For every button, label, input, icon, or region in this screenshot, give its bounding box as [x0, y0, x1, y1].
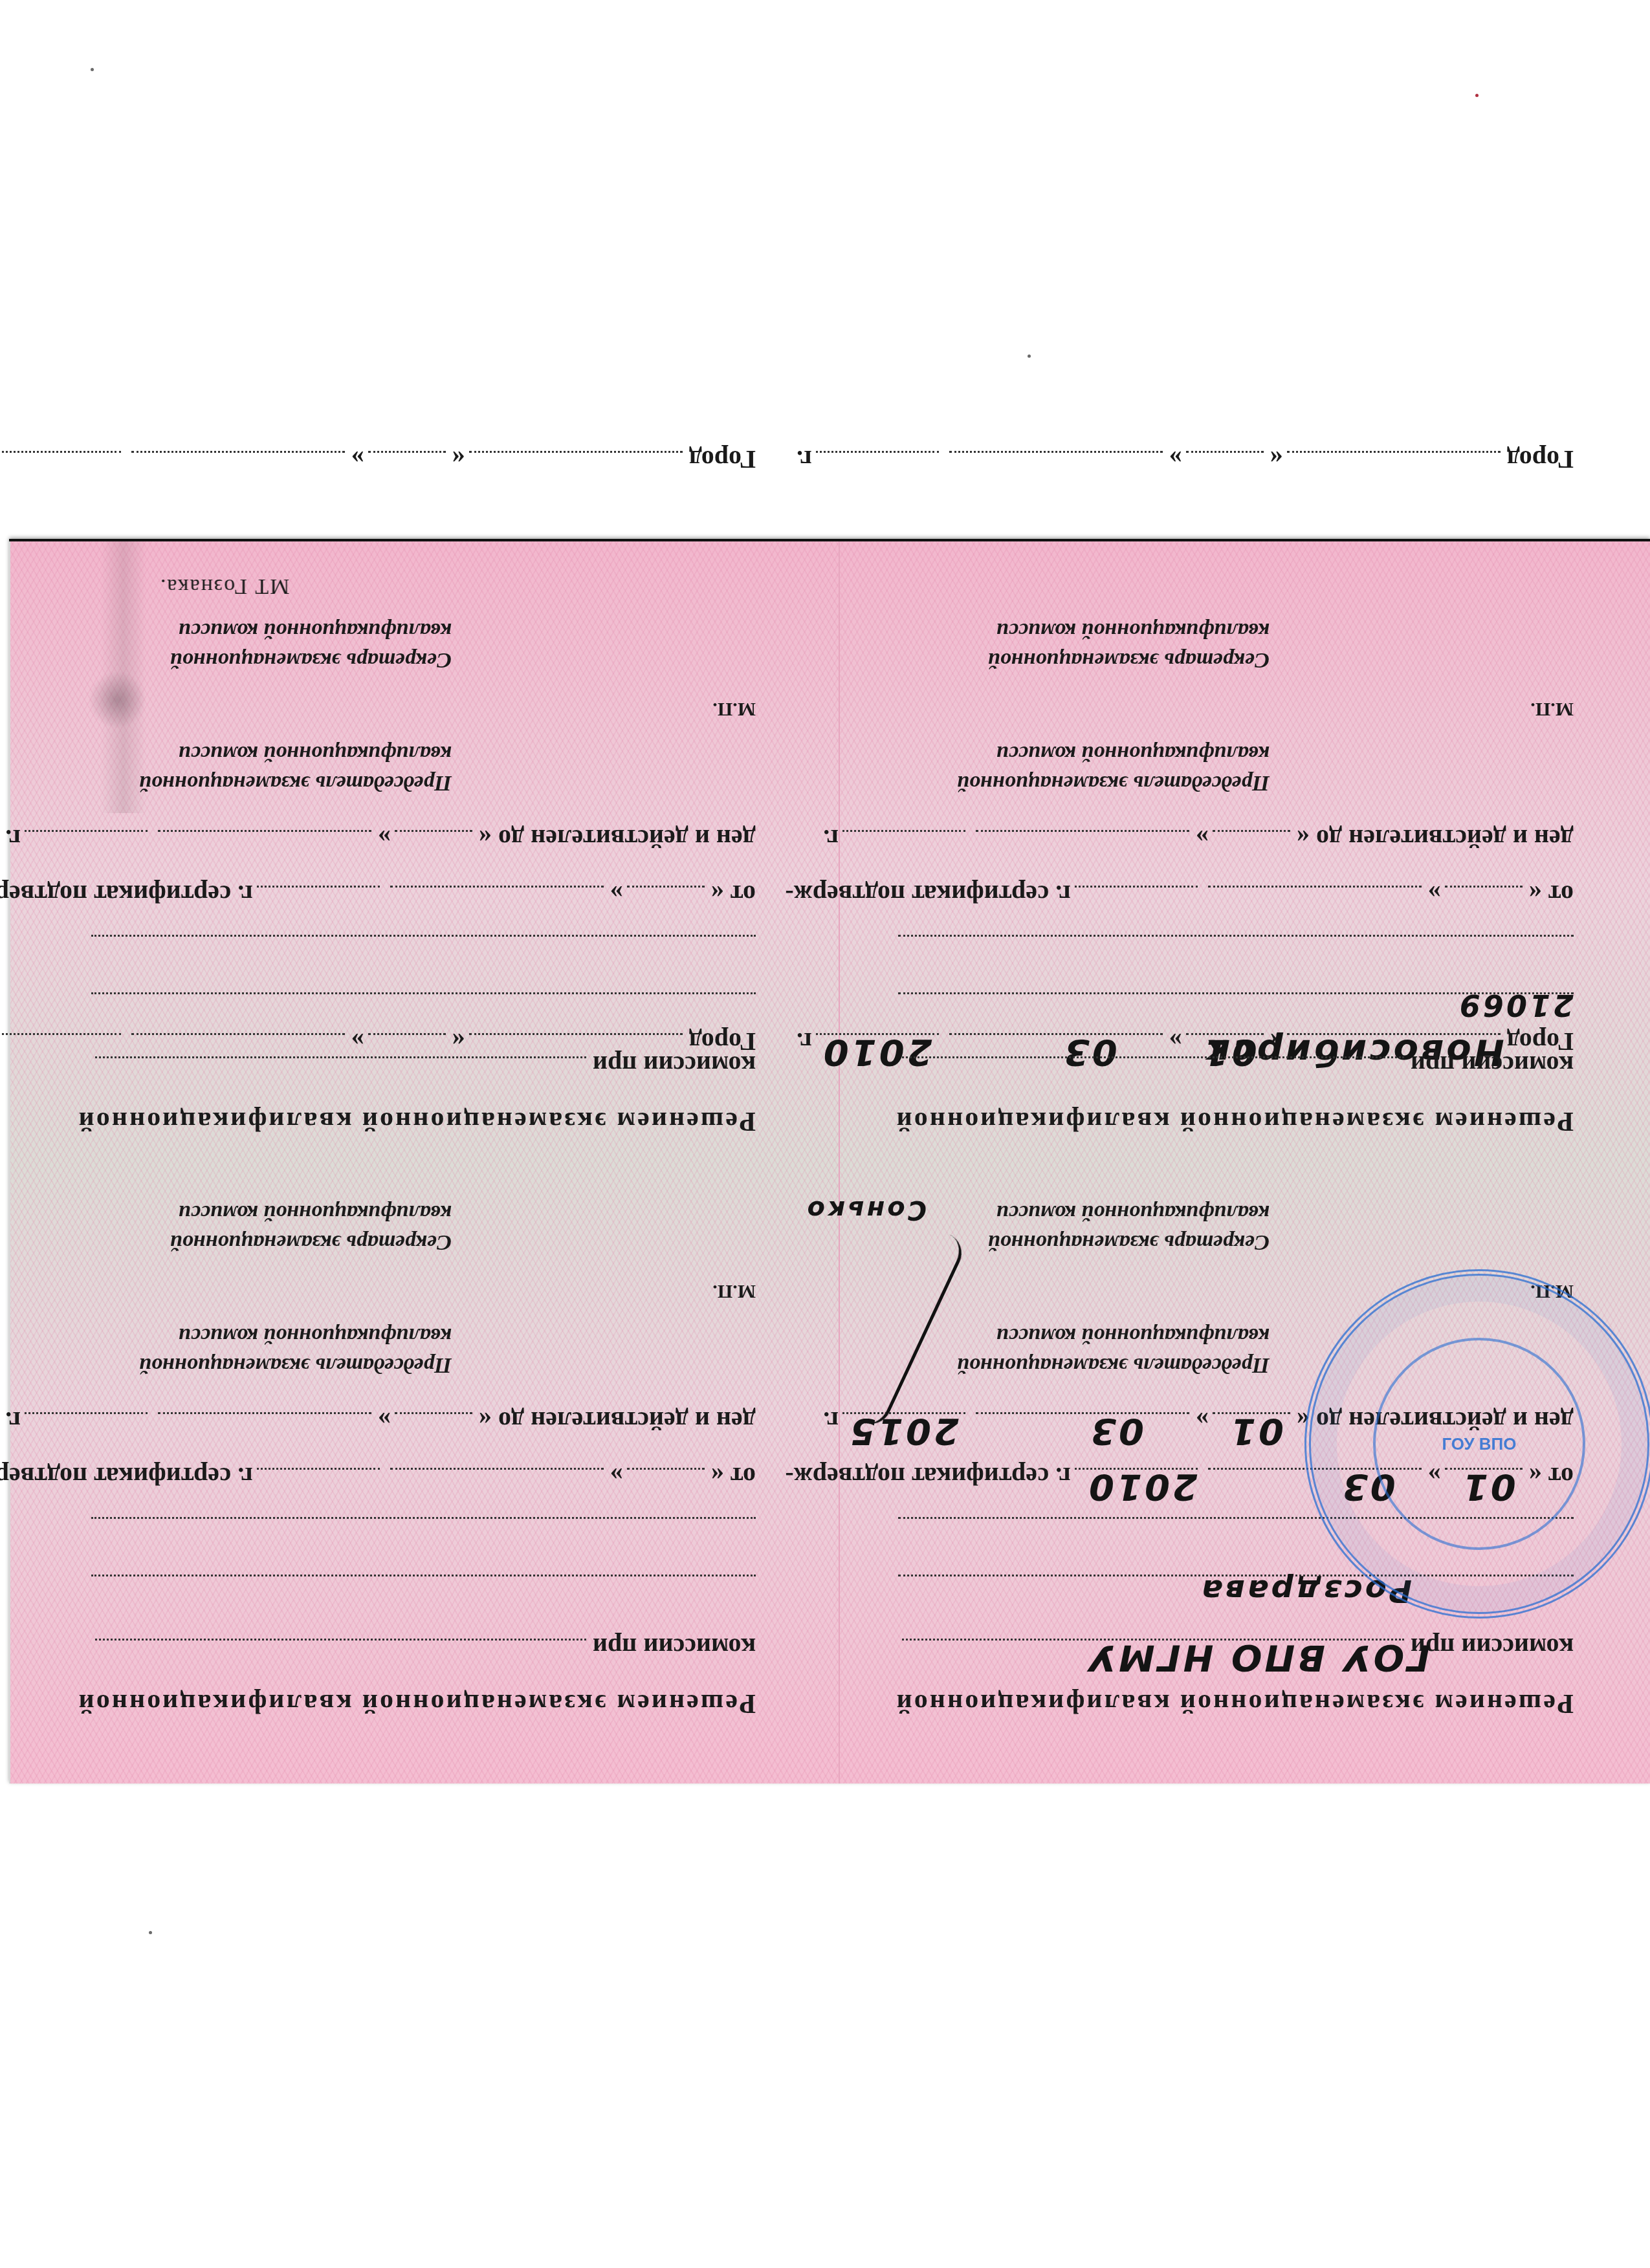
chair-signature: [842, 1225, 968, 1430]
chair-title-line: квалификационной комисси: [957, 738, 1270, 768]
year-suffix: г.: [5, 1406, 21, 1436]
signature-block: Председатель экзаменационной квалификаци…: [898, 513, 1574, 798]
scan-speck: [149, 1931, 152, 1934]
secretary-title-line: Секретарь экзаменационной: [988, 1227, 1270, 1257]
valid-day-value: 01: [1228, 1410, 1284, 1452]
valid-month-value: 03: [1088, 1410, 1144, 1452]
from-month-field[interactable]: [390, 886, 604, 913]
from-label: от «: [1529, 879, 1574, 910]
chair-title: Председатель экзаменационной квалификаци…: [957, 738, 1270, 798]
valid-year-field[interactable]: [25, 830, 148, 858]
secretary-title-line: квалификационной комисси: [170, 615, 452, 645]
quote-close: »: [351, 444, 364, 475]
city-month-field[interactable]: [949, 451, 1163, 479]
from-month-field[interactable]: [390, 1468, 604, 1496]
signature-block: Председатель экзаменационной квалификаци…: [91, 1095, 756, 1380]
right-page: Решением экзаменационной квалификационно…: [839, 541, 1650, 1783]
valid-month-field[interactable]: [158, 1412, 371, 1440]
commission-field-line-2[interactable]: [91, 992, 756, 1050]
quote-close: »: [610, 879, 623, 910]
city-day-field[interactable]: [368, 451, 446, 479]
commission-field-line-3[interactable]: [91, 1517, 756, 1575]
quote-close: »: [378, 823, 391, 854]
from-day-field[interactable]: [627, 1468, 705, 1496]
city-year-field[interactable]: [0, 451, 121, 479]
commission-field-line-3[interactable]: [898, 935, 1574, 992]
valid-day-field[interactable]: 01: [1213, 1412, 1290, 1440]
year-suffix: г.: [823, 823, 839, 854]
cert-confirmed-label: г. сертификат подтверж-: [0, 1461, 253, 1492]
renewal-section: Решением экзаменационной квалификационно…: [91, 444, 756, 1137]
year-suffix: г.: [5, 823, 21, 854]
chair-title-line: Председатель экзаменационной: [139, 1350, 452, 1380]
quote-open: «: [452, 444, 465, 475]
commission-field-line-3[interactable]: [91, 935, 756, 992]
chair-title-line: Председатель экзаменационной: [957, 768, 1270, 798]
valid-month-field[interactable]: [976, 830, 1189, 858]
commission-field[interactable]: [95, 1056, 586, 1084]
commission-label: комиссии при: [1411, 1050, 1574, 1080]
commission-field[interactable]: [95, 1639, 586, 1666]
city-year-field[interactable]: [816, 451, 939, 479]
secretary-title-line: квалификационной комисси: [988, 615, 1270, 645]
city-month-field[interactable]: [131, 451, 345, 479]
city-day-field[interactable]: [1186, 451, 1264, 479]
from-label: от «: [711, 879, 756, 910]
valid-month-field[interactable]: 03: [976, 1412, 1189, 1440]
secretary-title-line: Секретарь экзаменационной: [988, 645, 1270, 675]
section-heading: Решением экзаменационной квалификационно…: [898, 1106, 1574, 1137]
valid-day-field[interactable]: [395, 1412, 472, 1440]
valid-year-field[interactable]: [25, 1412, 148, 1440]
quote-open: «: [1270, 444, 1283, 475]
chair-title-line: Председатель экзаменационной: [139, 768, 452, 798]
from-day-field[interactable]: [627, 886, 705, 913]
from-month-field[interactable]: [1208, 886, 1422, 913]
valid-month-field[interactable]: [158, 830, 371, 858]
commission-label: комиссии при: [1411, 1632, 1574, 1663]
from-label: от «: [711, 1461, 756, 1492]
year-suffix: г.: [823, 1406, 839, 1436]
city-field[interactable]: [469, 451, 683, 479]
section-heading: Решением экзаменационной квалификационно…: [91, 1106, 756, 1137]
commission-label: комиссии при: [593, 1632, 756, 1663]
left-page: Решением экзаменационной квалификационно…: [9, 541, 840, 1783]
city-label: Город: [1507, 444, 1574, 475]
city-label: Город: [689, 444, 756, 475]
from-year-field[interactable]: [257, 1468, 380, 1496]
cert-confirmed-label: г. сертификат подтверж-: [785, 879, 1071, 910]
scan-speck: [1028, 354, 1031, 358]
from-day-field[interactable]: [1445, 886, 1523, 913]
quote-close: »: [1169, 444, 1182, 475]
seal-mark: М.П.: [712, 1280, 756, 1302]
quote-close: »: [378, 1406, 391, 1436]
valid-until-label: ден и действителен до «: [479, 823, 756, 854]
valid-until-label: ден и действителен до «: [479, 1406, 756, 1436]
cert-confirmed-label: г. сертификат подтверж-: [785, 1461, 1071, 1492]
secretary-title: Секретарь экзаменационной квалификационн…: [988, 615, 1270, 675]
seal-mark: М.П.: [712, 698, 756, 720]
section-heading: Решением экзаменационной квалификационно…: [898, 1688, 1574, 1719]
cert-confirmed-label: г. сертификат подтверж-: [0, 879, 253, 910]
chair-title: Председатель экзаменационной квалификаци…: [957, 1320, 1270, 1380]
seal-mark: М.П.: [1530, 698, 1574, 720]
secretary-title: Секретарь экзаменационной квалификационн…: [170, 1197, 452, 1257]
secretary-title-line: Секретарь экзаменационной: [170, 645, 452, 675]
quote-close: »: [1196, 823, 1209, 854]
chair-title-line: квалификационной комисси: [139, 738, 452, 768]
commission-field-line-2[interactable]: [91, 1575, 756, 1632]
secretary-title-line: квалификационной комисси: [988, 1197, 1270, 1227]
section-heading: Решением экзаменационной квалификационно…: [91, 1688, 756, 1719]
stamp-emblem: ГОУ ВПО: [1373, 1338, 1585, 1550]
secretary-title: Секретарь экзаменационной квалификационн…: [170, 615, 452, 675]
year-suffix: г.: [797, 444, 812, 475]
scan-speck: [91, 68, 94, 71]
secretary-title-line: Секретарь экзаменационной: [170, 1227, 452, 1257]
city-field[interactable]: [1287, 451, 1501, 479]
valid-day-field[interactable]: [395, 830, 472, 858]
secretary-signature: Сонько: [805, 1195, 927, 1225]
quote-close: »: [610, 1461, 623, 1492]
official-stamp: ГОУ ВПО: [1304, 1269, 1650, 1619]
printer-imprint: МТ Гознака.: [159, 574, 289, 598]
from-year-field[interactable]: 2010: [1075, 1468, 1198, 1496]
chair-title-line: Председатель экзаменационной: [957, 1350, 1270, 1380]
commission-label: комиссии при: [593, 1050, 756, 1080]
commission-value: ГОУ ВПО НГМУ: [1086, 1637, 1430, 1679]
signature-block: Председатель экзаменационной квалификаци…: [91, 513, 756, 798]
stamp-inner-text: ГОУ ВПО: [1442, 1434, 1516, 1454]
commission-field[interactable]: [902, 1056, 1404, 1084]
secretary-title: Секретарь экзаменационной квалификационн…: [988, 1197, 1270, 1257]
scan-speck: [1475, 94, 1479, 97]
chair-title-line: квалификационной комисси: [139, 1320, 452, 1350]
secretary-title-line: квалификационной комисси: [170, 1197, 452, 1227]
from-year-field[interactable]: [257, 886, 380, 913]
chair-title: Председатель экзаменационной квалификаци…: [139, 738, 452, 798]
chair-title: Председатель экзаменационной квалификаци…: [139, 1320, 452, 1380]
valid-year-field[interactable]: [842, 830, 965, 858]
renewal-section: Решением экзаменационной квалификационно…: [898, 444, 1574, 1137]
from-year-value: 2010: [1086, 1466, 1198, 1508]
quote-close: »: [1428, 879, 1441, 910]
chair-title-line: квалификационной комисси: [957, 1320, 1270, 1350]
valid-until-label: ден и действителен до «: [1297, 823, 1574, 854]
valid-day-field[interactable]: [1213, 830, 1290, 858]
certificate-booklet: Решением экзаменационной квалификационно…: [9, 539, 1650, 1783]
year-suffix: г.: [797, 1027, 812, 1057]
from-year-field[interactable]: [1075, 886, 1198, 913]
commission-field[interactable]: ГОУ ВПО НГМУ: [902, 1639, 1404, 1666]
quote-close: »: [1196, 1406, 1209, 1436]
commission-field-line-2[interactable]: [898, 992, 1574, 1050]
